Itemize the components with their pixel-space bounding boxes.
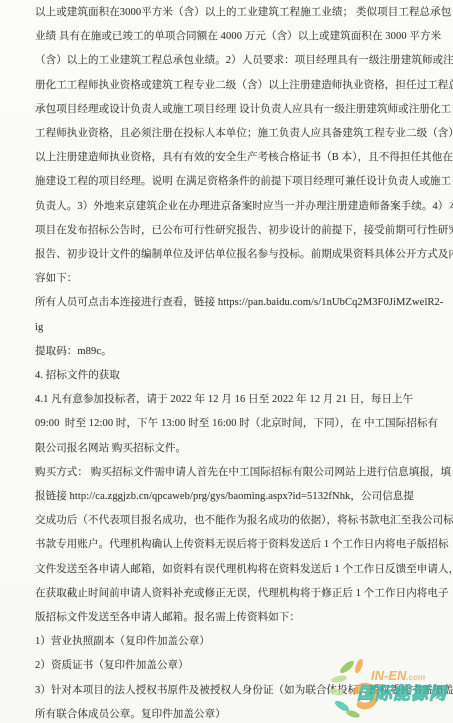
scanned-document-page: 以上或建筑面积在3000平方米（含）以上的工业建筑工程施工业绩； 类似项目工程总… — [0, 0, 453, 723]
document-line-registration-link: 报链接 http://ca.zggjzb.cn/qpcaweb/prg/gys/… — [35, 485, 445, 509]
document-line: 购买方式： 购买招标文件需申请人首先在中工国际招标有限公司网站上进行信息填报，填 — [35, 461, 445, 485]
document-line: 4.1 凡有意参加投标者，请于 2022 年 12 月 16 日至 2022 年… — [35, 388, 445, 412]
document-line: 交成功后（不代表项目报名成功，也不能作为报名成功的依据），将标书款电汇至我公司标 — [35, 509, 445, 533]
document-section-heading: 4. 招标文件的获取 — [35, 364, 445, 388]
document-line: 09:00 时至 12:00 时，下午 13:00 时至 16:00 时（北京时… — [35, 412, 445, 436]
document-line: （含）以上的工业建筑工程总承包业绩。2）人员要求：项目经理具有一级注册建筑师或注 — [35, 49, 445, 73]
document-line: 容如下： — [35, 267, 445, 291]
document-line: 工程师执业资格，且必须注册在投标人本单位；施工负责人应具备建筑工程专业二级（含） — [35, 122, 445, 146]
document-body: 以上或建筑面积在3000平方米（含）以上的工业建筑工程施工业绩； 类似项目工程总… — [35, 1, 445, 723]
document-line-link-continuation: ig — [35, 316, 445, 340]
document-line: 施建设工程的项目经理。说明 在满足资格条件的前提下项目经理可兼任设计负责人或施工 — [35, 170, 445, 194]
document-line: 文件发送至各申请人邮箱，如资料有误代理机构将在资料发送后 1 个工作日反馈至申请… — [35, 558, 445, 582]
document-line: 以上或建筑面积在3000平方米（含）以上的工业建筑工程施工业绩； 类似项目工程总… — [35, 1, 445, 25]
document-line: 报告、初步设计文件的编制单位及评估单位报名参与投标。前期成果资料具体公开方式及内 — [35, 243, 445, 267]
document-line: 负责人。3）外地来京建筑企业在办理进京备案时应当一并办理注册建造师备案手续。4）… — [35, 195, 445, 219]
document-line: 以上注册建造师执业资格，具有有效的安全生产考核合格证书（B 本），且不得担任其他… — [35, 146, 445, 170]
document-line-extraction-code: 提取码：m89c。 — [35, 340, 445, 364]
document-line: 册化工工程师执业资格或建筑工程专业二级（含）以上注册建造师执业资格，担任过工程总 — [35, 74, 445, 98]
document-list-item: 3）针对本项目的法人授权书原件及被授权人身份证（如为联合体投标，授权委托书需加盖 — [35, 679, 445, 703]
document-list-item: 1）营业执照副本（复印件加盖公章） — [35, 630, 445, 654]
document-line: 限公司报名网站 购买招标文件。 — [35, 437, 445, 461]
document-line: 项目在发布招标公告时，已公布可行性研究报告、初步设计的前提下，接受前期可行性研究 — [35, 219, 445, 243]
document-line: 业绩 具有在施或已竣工的单项合同额在 4000 万元（含）以上或建筑面积在 30… — [35, 25, 445, 49]
document-list-item: 2）资质证书（复印件加盖公章） — [35, 654, 445, 678]
document-line-baidu-link: 所有人员可点击本连接进行查看，链接 https://pan.baidu.com/… — [35, 291, 445, 315]
document-line: 版招标文件发送至各申请人邮箱。报名需上传资料如下： — [35, 606, 445, 630]
document-list-item: 所有联合体成员公章。复印件加盖公章） — [35, 703, 445, 723]
document-line: 在获取截止时间前申请人资料补充或修正无误，代理机构将于修正后 1 个工作日内将电… — [35, 582, 445, 606]
document-line: 承包项目经理或设计负责人或施工项目经理 设计负责人应具有一级注册建筑师或注册化工 — [35, 98, 445, 122]
document-line: 书款专用账户。代理机构确认上传资料无误后将于资料发送后 1 个工作日内将电子版招… — [35, 533, 445, 557]
